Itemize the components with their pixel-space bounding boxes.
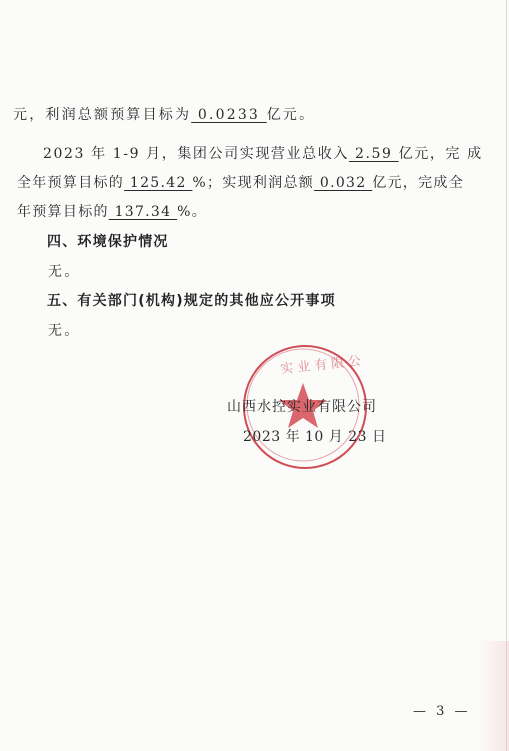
section-heading-environment: 四、环境保护情况 — [47, 231, 169, 251]
profit-completion-line: 年预算目标的 137.34 %。 — [17, 201, 207, 221]
budget-profit-line: 元，利润总额预算目标为 0.0233 亿元。 — [13, 104, 315, 124]
page-number: — 3 — — [413, 704, 471, 719]
text: %；实现利润总额 — [192, 175, 314, 191]
signature-company: 山西水控实业有限公司 — [227, 396, 377, 416]
text: 元，利润总额预算目标为 — [13, 107, 191, 123]
text: 亿元。 — [267, 107, 316, 123]
revenue-line: 2023 年 1-9 月，集团公司实现营业总收入 2.59 亿元，完 成 — [43, 143, 483, 163]
section-heading-other-disclosures: 五、有关部门(机构)规定的其他应公开事项 — [47, 290, 336, 310]
profit-completion-value: 137.34 — [109, 204, 177, 220]
revenue-value: 2.59 — [349, 146, 399, 162]
completion-line: 全年预算目标的 125.42 %；实现利润总额 0.032 亿元，完成全 — [17, 172, 464, 192]
signature-date: 2023 年 10 月 23 日 — [243, 426, 387, 446]
text: 全年预算目标的 — [17, 175, 124, 191]
text: 2023 年 1-9 月，集团公司实现营业总收入 — [43, 146, 349, 162]
scan-edge-tint — [479, 641, 509, 751]
profit-budget-value: 0.0233 — [191, 107, 267, 123]
text: 亿元，完 成 — [399, 146, 483, 162]
text: 年预算目标的 — [17, 204, 109, 220]
text: 亿元，完成全 — [372, 175, 464, 191]
section-body-environment: 无。 — [48, 261, 80, 281]
section-body-other-disclosures: 无。 — [48, 320, 80, 340]
revenue-completion-value: 125.42 — [124, 175, 192, 191]
profit-value: 0.032 — [314, 175, 372, 191]
text: %。 — [177, 204, 207, 220]
page-edge — [506, 0, 507, 751]
